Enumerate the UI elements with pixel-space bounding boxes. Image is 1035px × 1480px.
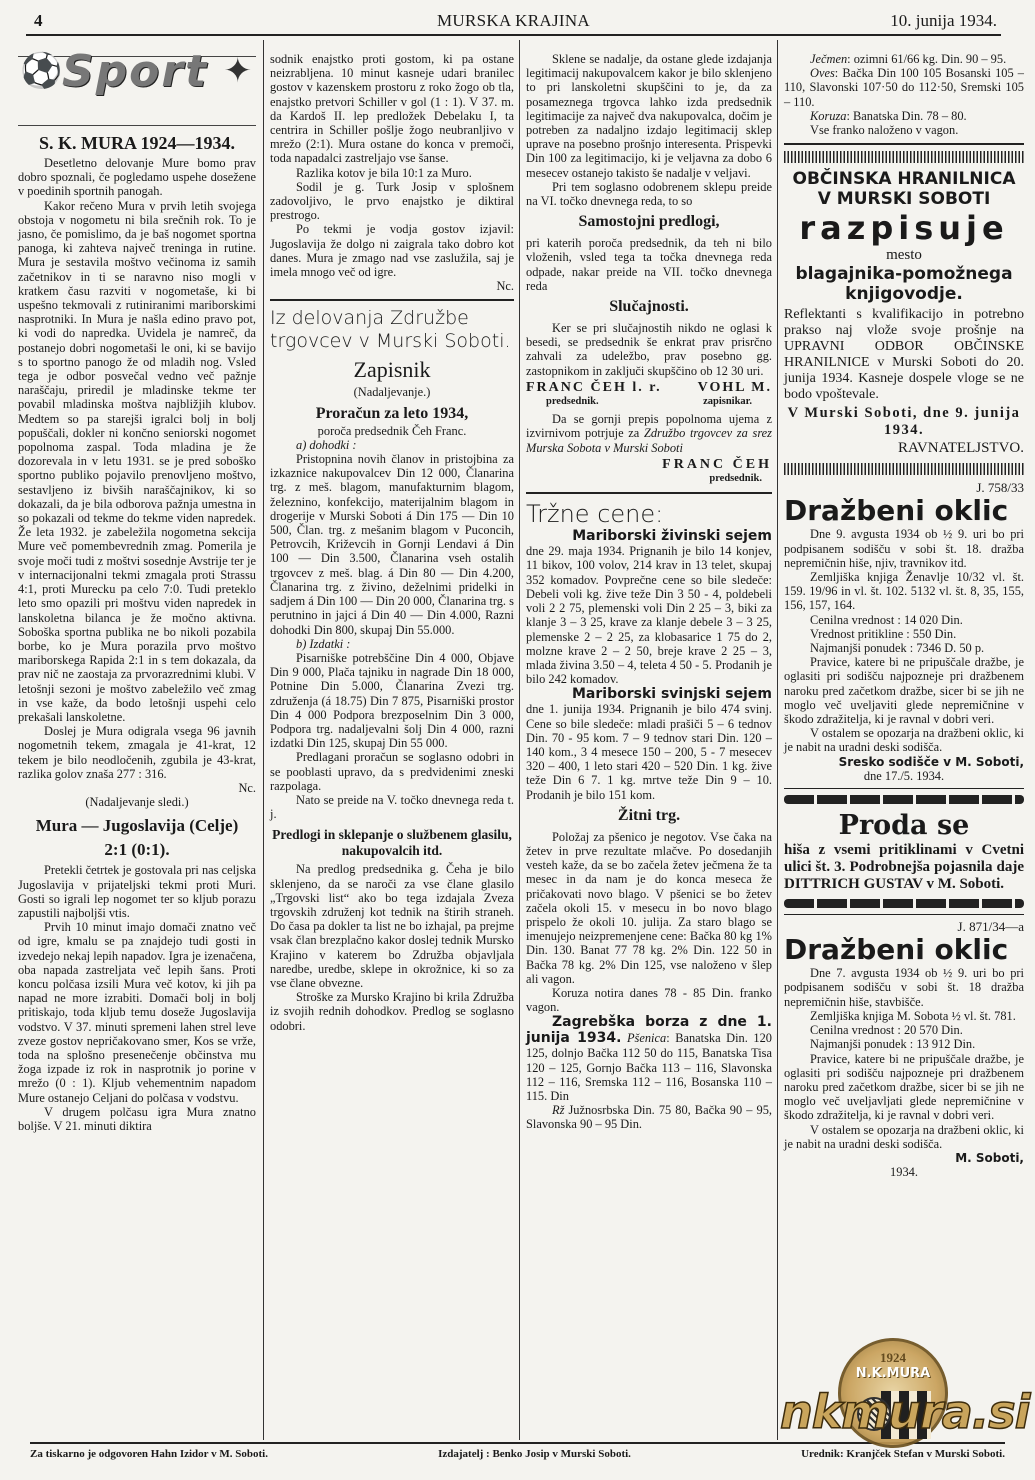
- income-label: a) dohodki :: [270, 438, 514, 452]
- column-4: Ječmen: ozimni 61/66 kg. Din. 90 – 95. O…: [784, 52, 1024, 1179]
- grain-market-text: Položaj za pšenico je negotov. Vse čaka …: [526, 830, 772, 986]
- sale-title: Proda se: [784, 810, 1024, 842]
- issue-date: 10. junija 1934.: [890, 14, 997, 28]
- land-registry: Zemljiška knjiga Ženavlje 10/32 vl. št. …: [784, 570, 1024, 613]
- case-reference: J. 758/33: [784, 481, 1024, 495]
- sale-text: hiša z vsemi pritiklinami v Cvetni ulici…: [784, 842, 1024, 893]
- article-paragraph: Sklene se nadalje, da ostane glede izdaj…: [526, 52, 772, 180]
- auction-text: V ostalem se opozarja na dražbeni oklic,…: [784, 726, 1024, 754]
- article-paragraph: Na predlog predsednika g. Čeha je bilo s…: [270, 862, 514, 990]
- column-divider: [263, 40, 264, 1440]
- ad-heading: OBČINSKA HRANILNICA: [784, 169, 1024, 189]
- newspaper-title: MURSKA KRAJINA: [26, 14, 1001, 28]
- logo-year: 1924: [841, 1351, 945, 1365]
- column-divider: [519, 40, 520, 1440]
- ad-position: blagajnika-pomožnega: [784, 264, 1024, 284]
- article-title: S. K. MURA 1924—1934.: [18, 132, 256, 154]
- dash-border: [784, 795, 1024, 804]
- printer-credit: Za tiskarno je odgovoren Hahn Izidor v M…: [30, 1447, 268, 1461]
- ad-body: Reflektanti s kvalifikacijo in potrebno …: [784, 307, 1024, 403]
- article-signature: Nc.: [18, 781, 256, 795]
- rye-label: Rž: [552, 1103, 564, 1117]
- corn-text: Koruza notira danes 78 - 85 Din. franko …: [526, 986, 772, 1014]
- auction-title: Dražbeni oklic: [784, 495, 1024, 527]
- budget-title: Proračun za leto 1934,: [270, 404, 514, 424]
- case-reference: J. 871/34—a: [784, 920, 1024, 934]
- column-1: ⚽ Sport ✦ S. K. MURA 1924—1934. Desetlet…: [18, 52, 256, 1133]
- income-text: Pristopnina novih članov in pristojbina …: [270, 452, 514, 637]
- minimum-bid: Najmanjši ponudek : 13 912 Din.: [784, 1037, 1024, 1051]
- land-registry: Zemljiška knjiga M. Sobota ½ vl. št. 781…: [784, 1009, 1024, 1023]
- oats-label: Oves: [810, 66, 835, 80]
- article-paragraph: Nato se preide na V. točko dnevnega reda…: [270, 793, 514, 821]
- minimum-bid: Najmanjši ponudek : 7346 D. 50 p.: [784, 641, 1024, 655]
- article-paragraph: Prvih 10 minut imajo domači znatno več o…: [18, 920, 256, 1105]
- column-2: sodnik enajstko proti gostom, ki pa osta…: [270, 52, 514, 1033]
- article-paragraph: pri katerih poroča predsednik, da teh ni…: [526, 236, 772, 293]
- corn-label: Koruza: [810, 109, 847, 123]
- accessory-value: Vrednost pritikline : 550 Din.: [784, 627, 1024, 641]
- article-paragraph: sodnik enajstko proti gostom, ki pa osta…: [270, 52, 514, 166]
- signatures: FRANC ČEH l. r. VOHL M.: [526, 381, 772, 395]
- for-sale-ad: Proda se hiša z vsemi pritiklinami v Cve…: [784, 810, 1024, 893]
- publisher-credit: Izdajatelj : Benko Josip v Murski Soboti…: [438, 1447, 631, 1461]
- auction-text: Dne 9. avgusta 1934 ob ½ 9. uri bo pri p…: [784, 527, 1024, 570]
- dash-border: [784, 899, 1024, 908]
- budget-subtitle: poroča predsednik Čeh Franc.: [270, 424, 514, 438]
- court-date: dne 17./5. 1934.: [784, 769, 1024, 783]
- signature-right: VOHL M.: [698, 381, 772, 395]
- match-score: 2:1 (0:1).: [18, 839, 256, 861]
- freight-note: Vse franko naloženo v vagon.: [784, 123, 1024, 137]
- ad-signature: RAVNATELJSTVO.: [784, 439, 1024, 457]
- proposals-title: Predlogi in sklepanje o službenem glasil…: [270, 827, 514, 859]
- column-3: Sklene se nadalje, da ostane glede izdaj…: [526, 52, 772, 1132]
- role-right: zapisnikar.: [703, 395, 752, 409]
- article-paragraph: Po tekmi je vodja gostov izjavil: Jugosl…: [270, 222, 514, 279]
- expense-label: b) Izdatki :: [270, 637, 514, 651]
- hatch-border: [784, 463, 1024, 475]
- barley-label: Ječmen: [810, 52, 847, 66]
- article-paragraph: V drugem polčasu igra Mura znatno boljše…: [18, 1105, 256, 1133]
- auction-notice-1: J. 758/33 Dražbeni oklic Dne 9. avgusta …: [784, 481, 1024, 783]
- article-paragraph: Ker se pri slučajnostih nikdo ne oglasi …: [526, 321, 772, 378]
- signature: FRANC ČEH: [526, 458, 772, 472]
- ad-text: mesto: [784, 247, 1024, 264]
- grain-market-title: Žitni trg.: [526, 806, 772, 826]
- court-date: 1934.: [784, 1165, 1024, 1179]
- appraised-value: Cenilna vrednost : 20 570 Din.: [784, 1023, 1024, 1037]
- auction-text: Pravice, katere bi ne pripuščale dražbe,…: [784, 655, 1024, 726]
- court-name: M. Soboti,: [784, 1151, 1024, 1165]
- document-title: Zapisnik: [270, 357, 514, 383]
- section-divider: [784, 143, 1024, 145]
- auction-text: V ostalem se opozarja na dražbeni oklic,…: [784, 1123, 1024, 1151]
- article-paragraph: Razlika kotov je bila 10:1 za Muro.: [270, 166, 514, 180]
- auction-title: Dražbeni oklic: [784, 934, 1024, 966]
- barley-text: : ozimni 61/66 kg. Din. 90 – 95.: [847, 52, 1006, 66]
- article-paragraph: Desetletno delovanje Mure bomo prav dobr…: [18, 156, 256, 199]
- continued-note: (Nadaljevanje sledi.): [18, 795, 256, 809]
- auction-notice-2: J. 871/34—a Dražbeni oklic Dne 7. avgust…: [784, 920, 1024, 1179]
- section-divider: [270, 299, 514, 301]
- wheat-label: Pšenica: [627, 1031, 666, 1045]
- article-paragraph: Doslej je Mura odigrala vsega 96 javnih …: [18, 724, 256, 781]
- expense-text: Pisarniške potrebščine Din 4 000, Objave…: [270, 651, 514, 750]
- appraised-value: Cenilna vrednost : 14 020 Din.: [784, 613, 1024, 627]
- sport-banner: ⚽ Sport ✦: [18, 56, 256, 126]
- match-title: Mura — Jugoslavija (Celje): [18, 815, 256, 837]
- football-player-icon: ⚽: [20, 65, 62, 79]
- document-subtitle: (Nadaljevanje.): [270, 385, 514, 399]
- article-signature: Nc.: [270, 279, 514, 293]
- article-paragraph: Predlagani proračun se soglasno odobri i…: [270, 750, 514, 793]
- cattle-market-title: Mariborski živinski sejem: [526, 528, 772, 544]
- auction-text: Pravice, katere bi ne pripuščale dražbe,…: [784, 1052, 1024, 1123]
- page-header: 4 MURSKA KRAJINA 10. junija 1934.: [26, 6, 1001, 36]
- role-left: predsednik.: [546, 395, 599, 409]
- savings-bank-ad: OBČINSKA HRANILNICA V MURSKI SOBOTI razp…: [784, 151, 1024, 475]
- ad-heading: V MURSKI SOBOTI: [784, 189, 1024, 209]
- editor-credit: Urednik: Kranjček Stefan v Murski Soboti…: [801, 1447, 1005, 1461]
- cattle-market-text: dne 29. maja 1934. Prignanih je bilo 14 …: [526, 544, 772, 686]
- website-watermark: nkmura.si: [780, 1405, 1029, 1419]
- article-paragraph: Pretekli četrtek je gostovala pri nas ce…: [18, 863, 256, 920]
- pig-market-title: Mariborski svinjski sejem: [526, 686, 772, 702]
- section-heading: Slučajnosti.: [526, 297, 772, 317]
- pig-market-text: dne 1. junija 1934. Prignanih je bilo 47…: [526, 702, 772, 801]
- section-heading: Samostojni predlogi,: [526, 212, 772, 232]
- hatch-border: [784, 151, 1024, 163]
- auction-text: Dne 7. avgusta 1934 ob ½ 9. uri bo pri p…: [784, 966, 1024, 1009]
- article-paragraph: Sodil je g. Turk Josip v splošnem zadovo…: [270, 180, 514, 223]
- article-paragraph: Pri tem soglasno odobrenem sklepu preide…: [526, 180, 772, 208]
- sport-banner-title: Sport: [62, 65, 208, 79]
- signature-role: predsednik.: [526, 472, 772, 486]
- corn-text: : Banatska Din. 78 – 80.: [847, 109, 967, 123]
- column-divider: [777, 40, 778, 1440]
- article-paragraph: Stroške za Mursko Krajino bi krila Združ…: [270, 990, 514, 1033]
- signature-left: FRANC ČEH l. r.: [526, 381, 662, 395]
- ad-headline: razpisuje: [784, 209, 1024, 247]
- ad-place-date: V Murski Soboti, dne 9. junija 1934.: [784, 405, 1024, 439]
- goalkeeper-icon: ✦: [224, 65, 253, 79]
- section-title: Iz delovanja Združbe trgovcev v Murski S…: [270, 307, 514, 353]
- article-paragraph: Kakor rečeno Mura v prvih letih svojega …: [18, 199, 256, 725]
- market-title: Tržne cene:: [526, 500, 772, 528]
- ad-position: knjigovodje.: [784, 284, 1024, 304]
- signature-roles: predsednik. zapisnikar.: [526, 395, 772, 409]
- court-name: Sresko sodišče v M. Soboti,: [784, 755, 1024, 769]
- page-footer: Za tiskarno je odgovoren Hahn Izidor v M…: [30, 1442, 1005, 1461]
- section-divider: [526, 492, 772, 494]
- section-divider: [784, 914, 1024, 915]
- logo-name: N.K.MURA: [841, 1367, 945, 1381]
- section-divider: [784, 788, 1024, 789]
